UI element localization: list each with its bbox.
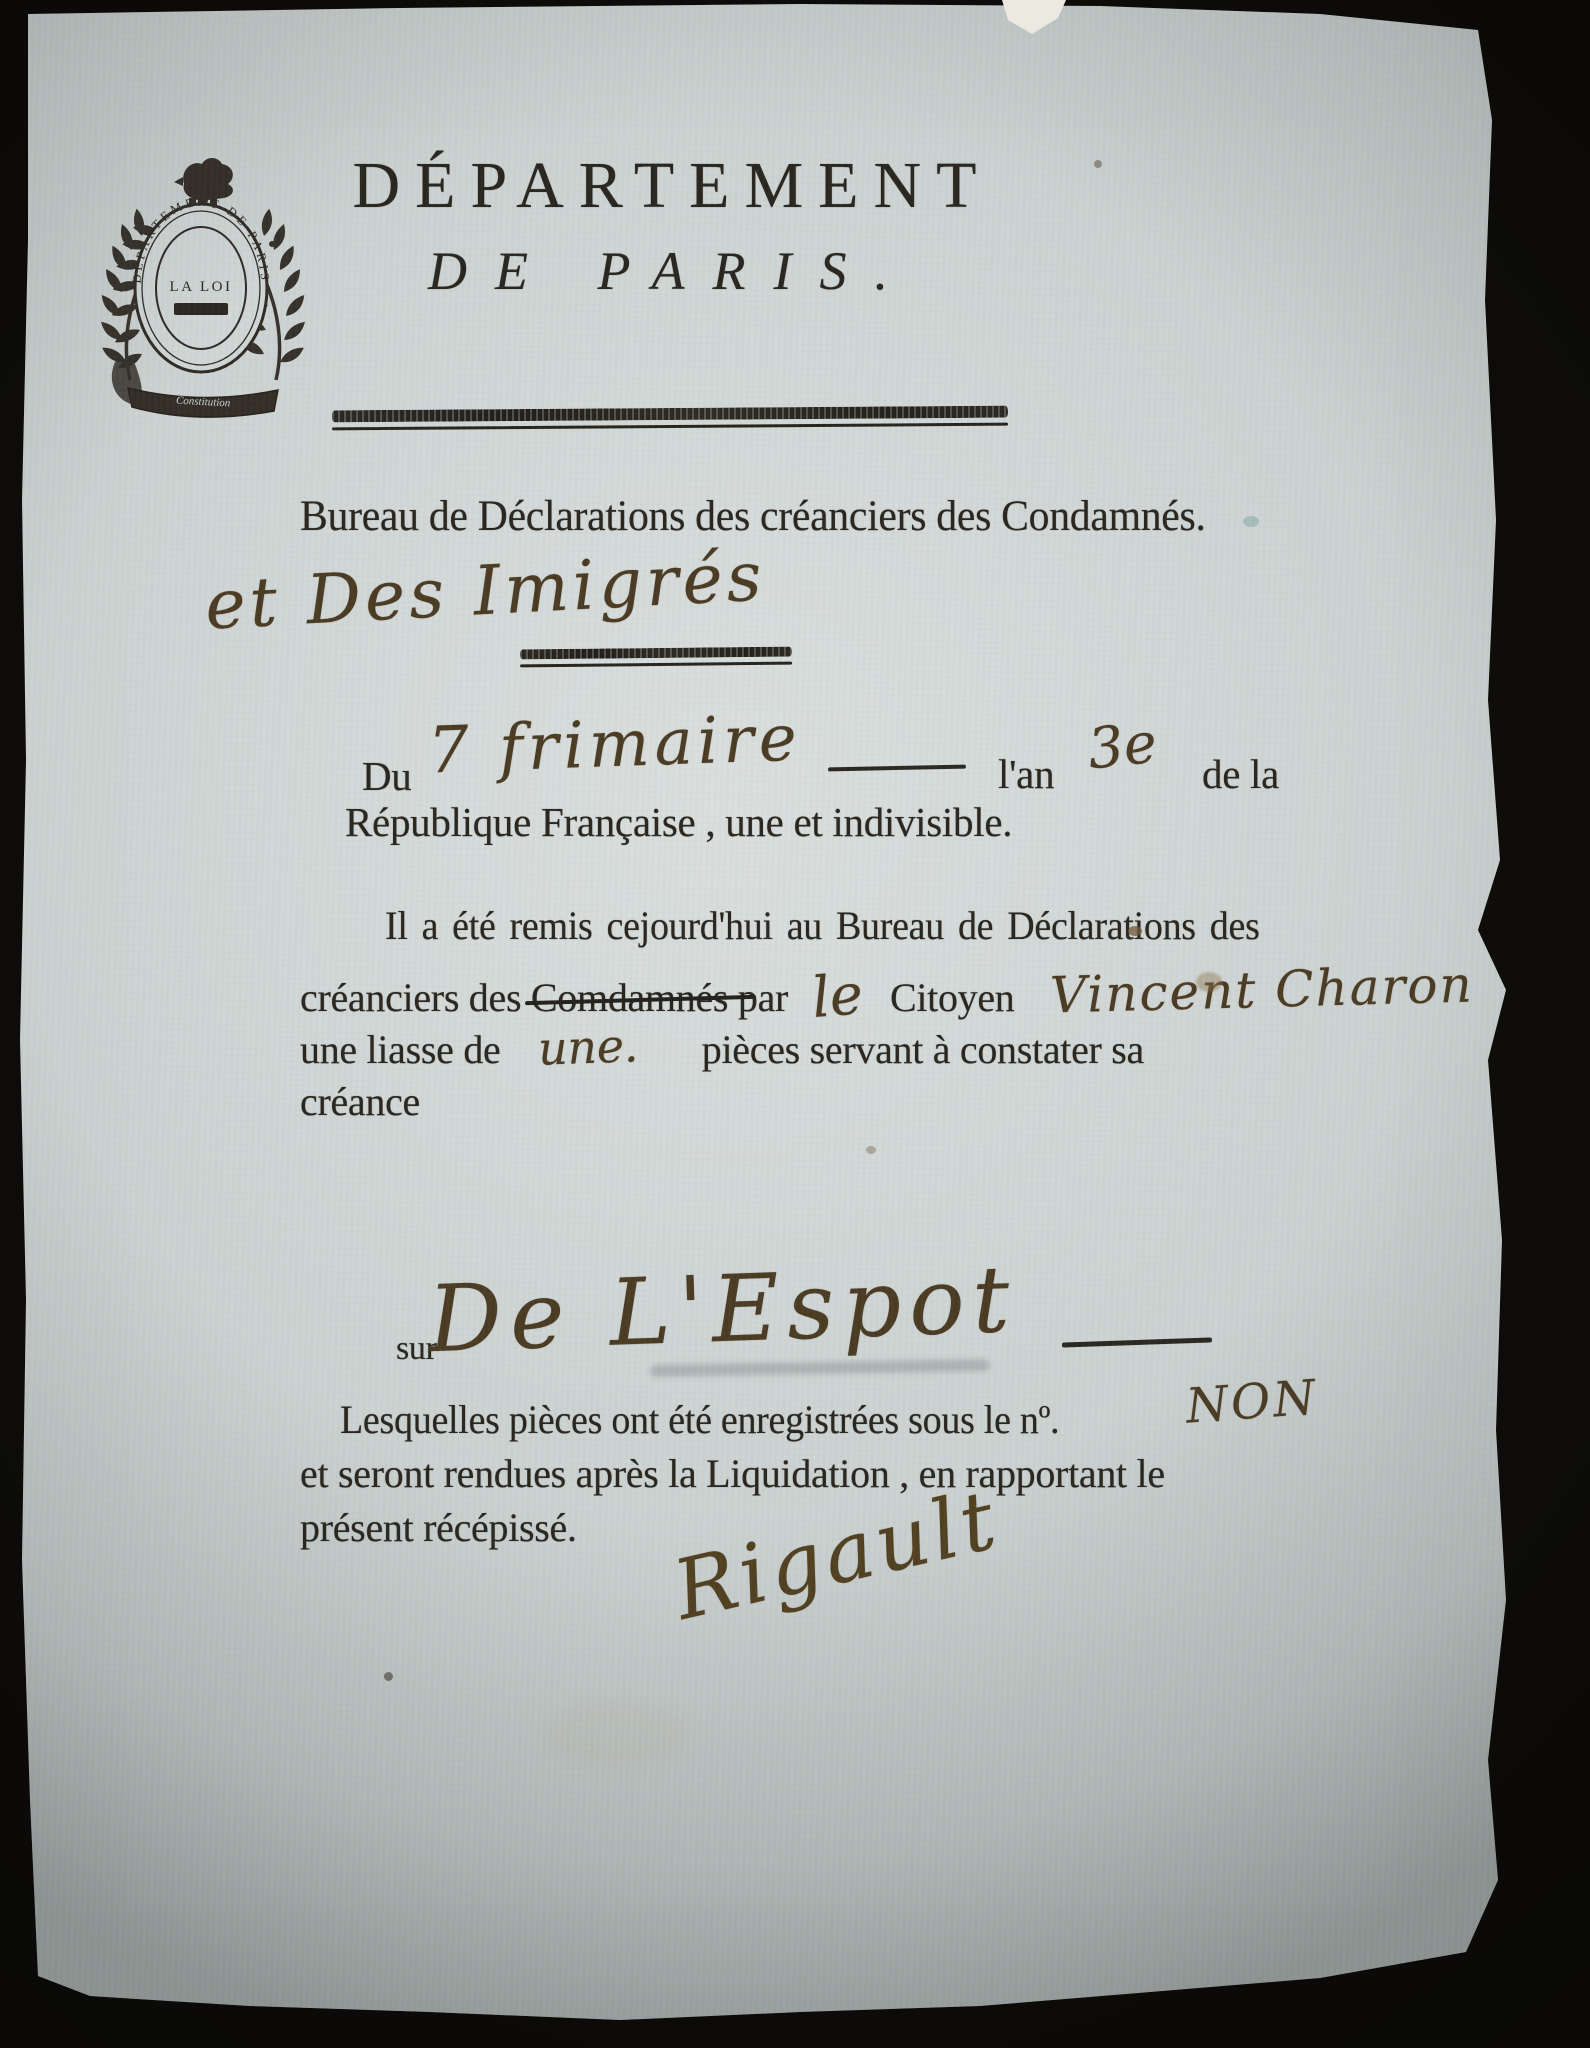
struck-word-comdamnes: Comdamnés xyxy=(531,974,728,1021)
seal-oval: DÉPARTEMENT DE PARIS LA LOI xyxy=(130,195,272,372)
seal-tablet-text: LA LOI xyxy=(170,279,233,295)
body-line2-printed3: Citoyen xyxy=(890,975,1015,1020)
date-de-la-label: de la xyxy=(1202,750,1279,798)
body-line3-printed2: pièces servant à constater sa xyxy=(702,1027,1144,1072)
handwritten-citizen-name: Vincent Charon xyxy=(1050,955,1475,1024)
document-title: DÉPARTEMENT xyxy=(322,148,1022,224)
handwritten-number: NON xyxy=(1184,1369,1320,1434)
body-line2: créanciers des Comdamnés par le Citoyen … xyxy=(300,960,1474,1025)
body-line3-printed1: une liasse de xyxy=(300,1027,500,1072)
department-seal: DÉPARTEMENT DE PARIS LA LOI Constitution xyxy=(86,148,320,424)
date-line2: République Française , une et indivisibl… xyxy=(345,798,1012,846)
date-du-label: Du xyxy=(362,752,412,800)
registration-line2: et seront rendues après la Liquidation ,… xyxy=(300,1450,1165,1497)
handwritten-year: 3e xyxy=(1085,711,1160,783)
handwritten-place: De L'Espot xyxy=(426,1246,1019,1374)
handwritten-une: une. xyxy=(537,1018,639,1075)
handwritten-date: 7 frimaire xyxy=(427,702,803,789)
photo-background: DÉPARTEMENT DE PARIS LA LOI Constitution… xyxy=(0,0,1590,2048)
body-line3: une liasse de une. pièces servant à cons… xyxy=(300,1020,1144,1074)
short-rule xyxy=(520,647,792,668)
body-line2-printed1: créanciers des xyxy=(300,975,531,1020)
body-line4: créance xyxy=(300,1078,420,1125)
bureau-line: Bureau de Déclarations des créanciers de… xyxy=(300,492,1206,541)
date-lan-label: l'an xyxy=(998,750,1054,798)
registration-line3: présent récépissé. xyxy=(300,1504,577,1551)
registration-line1: Lesquelles pièces ont été enregistrées s… xyxy=(340,1396,1059,1443)
body-line1: Il a été remis cejourd'hui au Bureau de … xyxy=(385,902,1260,949)
seal-tablet-bar xyxy=(174,303,228,315)
document-subtitle: DE PARIS. xyxy=(322,240,1022,302)
